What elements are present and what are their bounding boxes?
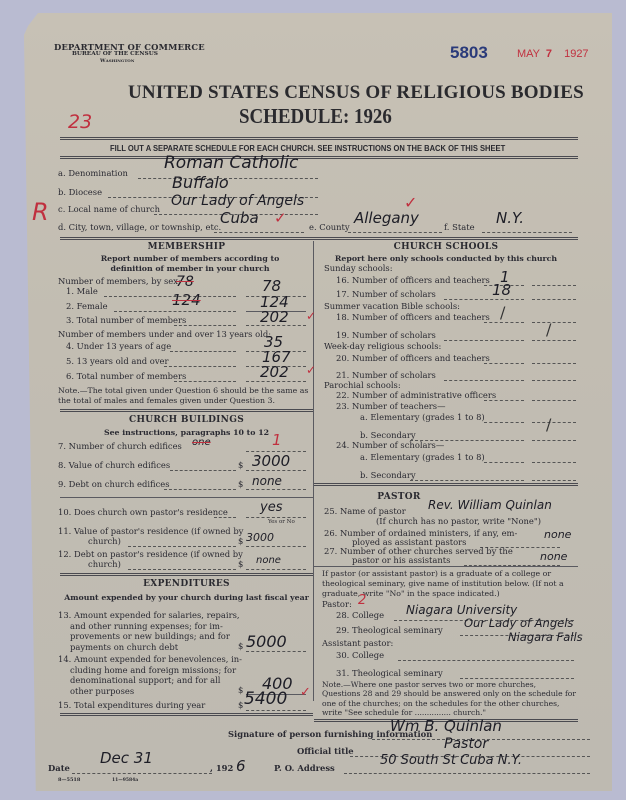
expenditures-subtitle: Amount expended by your church during la… [60,593,313,602]
edifice-value-label: 8. Value of church edifices [58,460,170,470]
male-label: 1. Male [66,286,98,296]
slash-mark-icon: / [546,320,551,339]
q24a-label: a. Elementary (grades 1 to 8) [360,452,485,462]
form-number: 8—5518 [58,777,80,783]
age-breakdown-label: Number of members under and over 13 year… [58,329,271,339]
form-subtitle: SCHEDULE: 1926 [239,104,392,129]
po-address-value[interactable]: 50 South St Cuba N.Y. [380,753,522,768]
church-schools-heading: CHURCH SCHOOLS [314,242,578,252]
church-schools-subtitle: Report here only schools conducted by th… [314,254,578,263]
q23b-label: b. Secondary [360,430,416,440]
q25-hint: (If church has no pastor, write "None") [376,516,541,526]
residence-value-value[interactable]: 3000 [246,531,274,544]
instruction-banner: FILL OUT A SEPARATE SCHEDULE FOR EACH CH… [110,143,505,153]
check-mark-icon: ✓ [300,685,311,700]
check-mark-icon: ✓ [306,363,316,377]
received-stamp: MAY 7 1927 [517,48,589,60]
membership-intro: Report number of members according to de… [80,254,300,274]
residence-debt-value[interactable]: none [256,555,281,566]
q25-value[interactable]: Rev. William Quinlan [428,498,552,512]
signature-value[interactable]: Wm B. Quinlan [390,717,502,735]
q27-label-2: pastor or his assistants [352,555,450,565]
q28-label: 28. College [336,610,384,620]
parochial-schools-label: Parochial schools: [324,380,401,390]
q15-value[interactable]: 5400 [244,689,287,709]
state-label: f. State [444,222,475,232]
state-value[interactable]: N.Y. [496,209,524,227]
q14-label: 14. Amount expended for benevolences, in… [58,654,242,696]
q20-label: 20. Number of officers and teachers [336,353,490,363]
edifice-debt-value[interactable]: none [252,474,282,488]
local-name-value[interactable]: Our Lady of Angels [171,193,304,209]
residence-debt-label-2: church) [88,559,121,569]
q28-value[interactable]: Niagara University [406,603,517,617]
q18-label: 18. Number of officers and teachers [336,312,490,322]
q19-label: 19. Number of scholars [336,330,436,340]
q26-value[interactable]: none [544,528,571,541]
county-label: e. County [309,222,350,232]
residence-debt-label: 12. Debt on pastor's residence (if owned… [58,549,243,559]
pastor-label: Pastor: [322,599,352,609]
total-members-label: 3. Total number of members [66,315,186,325]
year-value[interactable]: 6 [236,757,246,775]
q22-label: 22. Number of administrative officers [336,390,496,400]
q13-value[interactable]: 5000 [246,632,287,651]
residence-value-label-2: church) [88,536,121,546]
check-mark-icon: ✓ [404,193,417,212]
membership-note: Note.—The total given under Question 6 s… [58,386,310,406]
q23-label: 23. Number of teachers— [336,401,445,411]
assistant-pastor-label: Assistant pastor: [322,638,393,648]
summer-schools-label: Summer vacation Bible schools: [324,301,460,311]
by-sex-label: Number of members, by sex: [58,276,181,286]
total-members-value[interactable]: 202 [260,308,289,326]
pastor-note: Note.—Where one pastor serves two or mor… [322,680,576,717]
q31-label: 31. Theological seminary [336,668,443,678]
q25-label: 25. Name of pastor [324,506,406,516]
official-title-value[interactable]: Pastor [444,736,488,752]
city-value[interactable]: Cuba [220,209,259,227]
yes-no-hint: Yes or No [268,519,295,525]
stamp-year: 1927 [564,48,588,60]
margin-mark: R [32,198,49,226]
bureau-label: BUREAU OF THE CENSUS [72,51,158,57]
q29-value-2[interactable]: Niagara Falls [508,630,583,644]
year-prefix: , 192 [210,763,233,773]
dollar-sign: $ [238,479,243,489]
q17-label: 17. Number of scholars [336,289,436,299]
total-members-2-label: 6. Total number of members [66,371,186,381]
q27-value[interactable]: none [540,550,567,563]
male-struck-value: 78 [176,274,194,290]
denomination-value[interactable]: Roman Catholic [164,153,298,173]
edifices-value[interactable]: 1 [272,431,282,449]
schedule-number: 5803 [450,43,488,63]
under-13-label: 4. Under 13 years of age [66,341,171,351]
diocese-value[interactable]: Buffalo [172,173,229,192]
diocese-label: b. Diocese [58,187,102,197]
weekday-schools-label: Week-day religious schools: [324,341,441,351]
page-mark: 23 [68,111,92,133]
check-mark-icon: ✓ [274,209,287,227]
q16-label: 16. Number of officers and teachers [336,275,490,285]
edifices-struck-value: one [192,437,211,448]
edifice-debt-label: 9. Debt on church edifices [58,479,170,489]
slash-mark-icon: / [546,415,551,434]
stamp-day: 7 [546,48,552,60]
pastor-mark: 2 [358,593,366,608]
local-name-label: c. Local name of church [58,204,160,214]
date-value[interactable]: Dec 31 [100,749,153,767]
dollar-sign: $ [238,536,243,546]
check-mark-icon: ✓ [306,309,316,323]
q13-label: 13. Amount expended for salaries, repair… [58,610,240,652]
membership-heading: MEMBERSHIP [60,242,313,252]
dollar-sign: $ [238,460,243,470]
q15-label: 15. Total expenditures during year [58,700,205,710]
female-struck-value: 124 [172,291,201,309]
dollar-sign: $ [238,700,243,710]
q29-label: 29. Theological seminary [336,625,443,635]
po-address-label: P. O. Address [274,763,335,773]
city-label: Washington [100,58,134,64]
edifice-value-value[interactable]: 3000 [252,452,290,470]
over-13-label: 5. 13 years old and over [66,356,169,366]
edifices-label: 7. Number of church edifices [58,441,182,451]
owns-residence-label: 10. Does church own pastor's residence [58,507,228,517]
q29-value[interactable]: Our Lady of Angels [464,616,573,630]
q21-label: 21. Number of scholars [336,370,436,380]
print-code: 11—9584a [112,778,138,783]
city-label: d. City, town, village, or township, etc… [58,222,221,232]
slash-mark-icon: / [500,303,505,322]
date-label: Date [48,763,70,773]
q30-label: 30. College [336,650,384,660]
sunday-schools-label: Sunday schools: [324,263,393,273]
form-title: UNITED STATES CENSUS OF RELIGIOUS BODIES [128,82,584,104]
official-title-label: Official title [297,746,354,756]
residence-value-label: 11. Value of pastor's residence (if owne… [58,526,243,536]
dollar-sign: $ [238,685,243,695]
expenditures-heading: EXPENDITURES [60,579,313,589]
denomination-label: a. Denomination [58,168,128,178]
female-label: 2. Female [66,301,108,311]
buildings-heading: CHURCH BUILDINGS [60,415,313,425]
dollar-sign: $ [238,641,243,651]
q23a-label: a. Elementary (grades 1 to 8) [360,412,485,422]
q24-label: 24. Number of scholars— [336,440,444,450]
stamp-month: MAY [517,48,540,60]
q17-value[interactable]: 18 [492,281,511,299]
total-members-2-value[interactable]: 202 [260,363,289,381]
dollar-sign: $ [238,559,243,569]
owns-residence-value[interactable]: yes [260,500,282,515]
census-schedule-sheet: DEPARTMENT OF COMMERCE BUREAU OF THE CEN… [24,13,612,791]
q24b-label: b. Secondary [360,470,416,480]
